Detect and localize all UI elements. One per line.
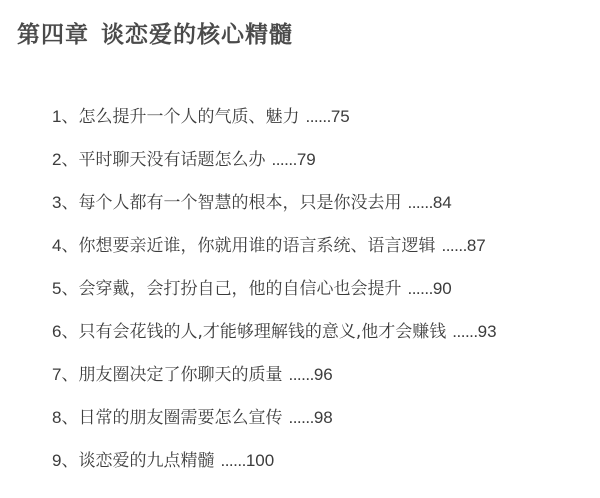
toc-leader-dots: ...... bbox=[220, 451, 245, 470]
toc-leader-dots: ...... bbox=[452, 322, 477, 341]
chapter-title-text: 谈恋爱的核心精髓 bbox=[101, 22, 293, 48]
toc-entry-number: 6、 bbox=[52, 322, 78, 341]
toc-entry-5[interactable]: 5、会穿戴，会打扮自己，他的自信心也会提升......90 bbox=[52, 275, 497, 318]
toc-page-number: 84 bbox=[433, 193, 452, 212]
toc-entry-title: 怎么提升一个人的气质、魅力 bbox=[78, 107, 299, 127]
toc-entry-title: 只有会花钱的人,才能够理解钱的意义,他才会赚钱 bbox=[78, 322, 446, 342]
toc-entry-title: 朋友圈决定了你聊天的质量 bbox=[78, 365, 282, 385]
toc-page-number: 79 bbox=[297, 150, 316, 169]
toc-leader-dots: ...... bbox=[271, 150, 296, 169]
toc-page-number: 96 bbox=[314, 365, 333, 384]
toc-page-number: 87 bbox=[467, 236, 486, 255]
toc-entry-number: 8、 bbox=[52, 408, 78, 427]
toc-page-number: 75 bbox=[331, 107, 350, 126]
toc-entry-number: 7、 bbox=[52, 365, 78, 384]
toc-entry-title: 平时聊天没有话题怎么办 bbox=[78, 150, 265, 170]
toc-leader-dots: ...... bbox=[407, 279, 432, 298]
toc-page-number: 93 bbox=[478, 322, 497, 341]
table-of-contents: 1、怎么提升一个人的气质、魅力......75 2、平时聊天没有话题怎么办...… bbox=[52, 103, 497, 490]
toc-leader-dots: ...... bbox=[288, 365, 313, 384]
toc-page-number: 90 bbox=[433, 279, 452, 298]
toc-entry-7[interactable]: 7、朋友圈决定了你聊天的质量......96 bbox=[52, 361, 497, 404]
toc-entry-number: 9、 bbox=[52, 451, 78, 470]
toc-entry-title: 日常的朋友圈需要怎么宣传 bbox=[78, 408, 282, 428]
toc-entry-title: 每个人都有一个智慧的根本，只是你没去用 bbox=[78, 193, 401, 213]
toc-entry-number: 2、 bbox=[52, 150, 78, 169]
toc-entry-number: 1、 bbox=[52, 107, 78, 126]
toc-entry-4[interactable]: 4、你想要亲近谁，你就用谁的语言系统、语言逻辑......87 bbox=[52, 232, 497, 275]
toc-leader-dots: ...... bbox=[441, 236, 466, 255]
toc-entry-number: 4、 bbox=[52, 236, 78, 255]
chapter-number: 第四章 bbox=[17, 22, 89, 48]
toc-entry-number: 3、 bbox=[52, 193, 78, 212]
toc-entry-9[interactable]: 9、谈恋爱的九点精髓......100 bbox=[52, 447, 497, 490]
chapter-heading: 第四章谈恋爱的核心精髓 bbox=[17, 16, 293, 49]
toc-entry-2[interactable]: 2、平时聊天没有话题怎么办......79 bbox=[52, 146, 497, 189]
toc-entry-title: 谈恋爱的九点精髓 bbox=[78, 451, 214, 471]
toc-entry-number: 5、 bbox=[52, 279, 78, 298]
toc-leader-dots: ...... bbox=[407, 193, 432, 212]
toc-entry-8[interactable]: 8、日常的朋友圈需要怎么宣传......98 bbox=[52, 404, 497, 447]
toc-leader-dots: ...... bbox=[305, 107, 330, 126]
toc-entry-1[interactable]: 1、怎么提升一个人的气质、魅力......75 bbox=[52, 103, 497, 146]
toc-entry-title: 你想要亲近谁，你就用谁的语言系统、语言逻辑 bbox=[78, 236, 435, 256]
toc-entry-title: 会穿戴，会打扮自己，他的自信心也会提升 bbox=[78, 279, 401, 299]
toc-leader-dots: ...... bbox=[288, 408, 313, 427]
toc-entry-3[interactable]: 3、每个人都有一个智慧的根本，只是你没去用......84 bbox=[52, 189, 497, 232]
toc-entry-6[interactable]: 6、只有会花钱的人,才能够理解钱的意义,他才会赚钱......93 bbox=[52, 318, 497, 361]
toc-page-number: 98 bbox=[314, 408, 333, 427]
toc-page-number: 100 bbox=[246, 451, 274, 470]
